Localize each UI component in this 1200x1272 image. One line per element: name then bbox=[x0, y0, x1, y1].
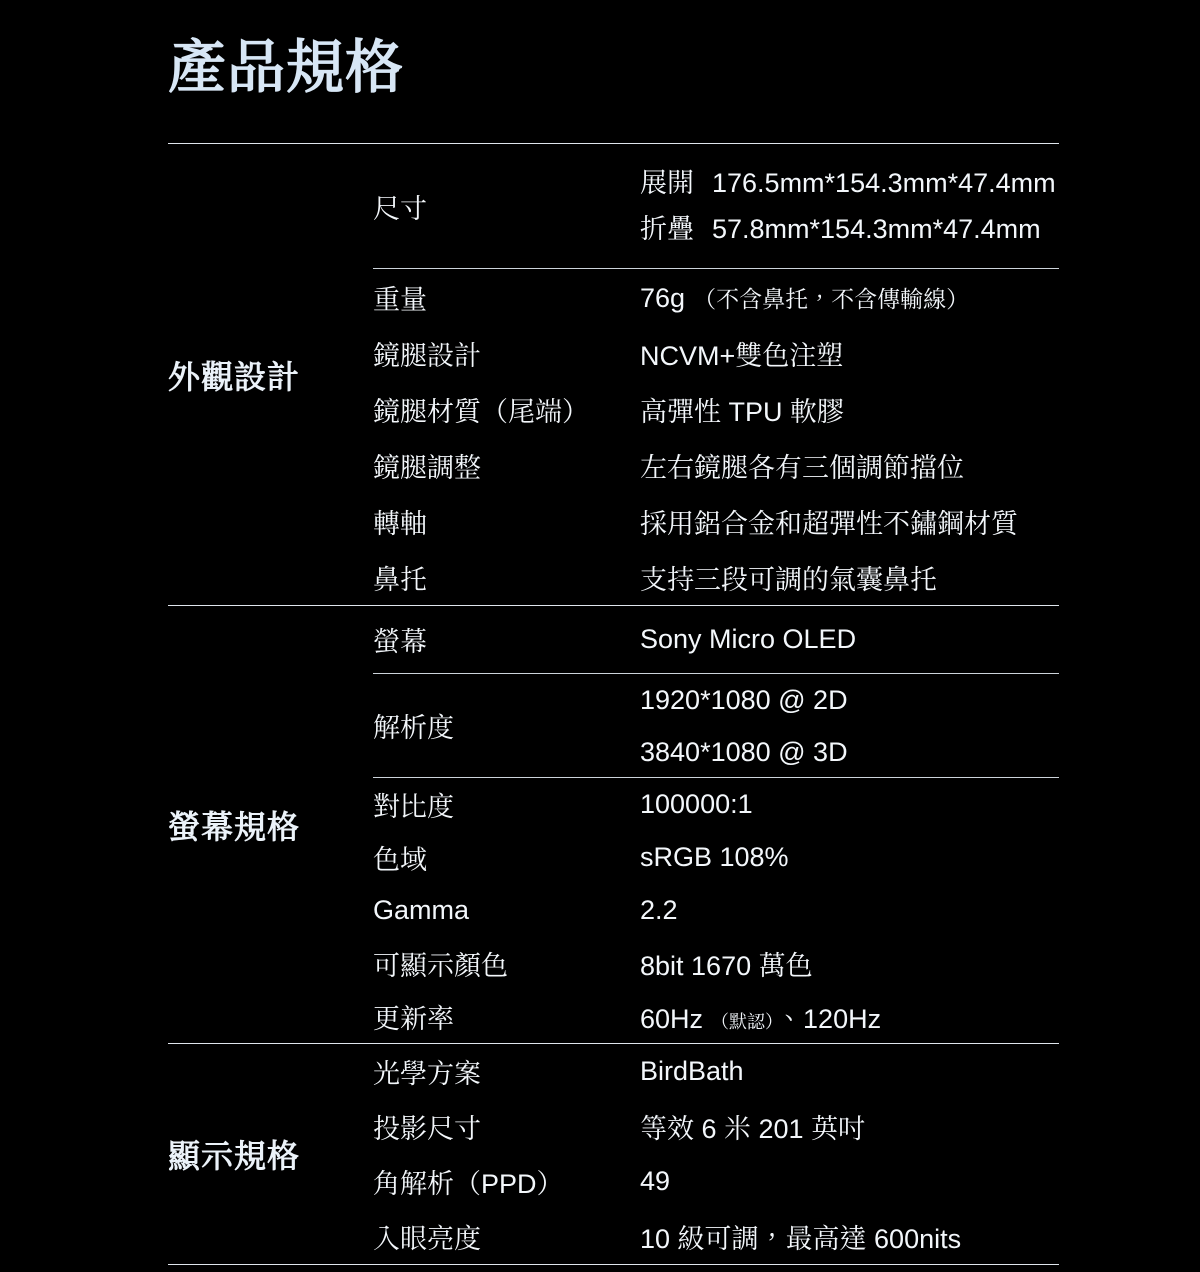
spec-row-temple-material: 鏡腿材質（尾端） 高彈性 TPU 軟膠 bbox=[373, 381, 1059, 437]
spec-value-text: 3840*1080 @ 3D bbox=[640, 726, 1059, 778]
spec-row-contrast: 對比度 100000:1 bbox=[373, 778, 1059, 831]
spec-label: 入眼亮度 bbox=[373, 1217, 640, 1256]
spec-row-optical-solution: 光學方案 BirdBath bbox=[373, 1044, 1059, 1099]
spec-row-nose-pad: 鼻托 支持三段可調的氣囊鼻托 bbox=[373, 549, 1059, 605]
spec-row-resolution: 解析度 1920*1080 @ 2D 3840*1080 @ 3D bbox=[373, 674, 1059, 777]
spec-label: 光學方案 bbox=[373, 1052, 640, 1091]
spec-label: 重量 bbox=[373, 278, 640, 317]
spec-row-gamma: Gamma 2.2 bbox=[373, 884, 1059, 937]
spec-value: sRGB 108% bbox=[640, 842, 1059, 873]
spec-value: BirdBath bbox=[640, 1056, 1059, 1087]
spec-value: 採用鋁合金和超彈性不鏽鋼材質 bbox=[640, 502, 1059, 541]
section-screen-specs: 螢幕規格 螢幕 Sony Micro OLED 解析度 1920*1080 @ … bbox=[168, 606, 1059, 1044]
group-screen-details: 對比度 100000:1 色域 sRGB 108% Gamma 2.2 可顯示顏… bbox=[373, 778, 1059, 1043]
section-label: 顯示規格 bbox=[168, 1044, 373, 1264]
spec-row-dimensions: 尺寸 展開176.5mm*154.3mm*47.4mm 折疊57.8mm*154… bbox=[373, 144, 1059, 268]
spec-value: 2.2 bbox=[640, 895, 1059, 926]
spec-value: 1920*1080 @ 2D 3840*1080 @ 3D bbox=[640, 674, 1059, 778]
group-display-details: 光學方案 BirdBath 投影尺寸 等效 6 米 201 英吋 角解析（PPD… bbox=[373, 1044, 1059, 1264]
spec-label: 尺寸 bbox=[373, 187, 640, 226]
spec-value: Sony Micro OLED bbox=[640, 624, 1059, 655]
spec-row-temple-design: 鏡腿設計 NCVM+雙色注塑 bbox=[373, 325, 1059, 381]
spec-label: 鏡腿設計 bbox=[373, 334, 640, 373]
spec-value: 展開176.5mm*154.3mm*47.4mm 折疊57.8mm*154.3m… bbox=[640, 160, 1059, 252]
spec-row-brightness: 入眼亮度 10 級可調，最高達 600nits bbox=[373, 1209, 1059, 1264]
spec-value: 等效 6 米 201 英吋 bbox=[640, 1107, 1059, 1146]
spec-value-text: 57.8mm*154.3mm*47.4mm bbox=[712, 214, 1041, 244]
spec-label: 轉軸 bbox=[373, 502, 640, 541]
spec-label: 更新率 bbox=[373, 997, 640, 1036]
spec-row-weight: 重量 76g（不含鼻托，不含傳輸線） bbox=[373, 269, 1059, 325]
spec-label: Gamma bbox=[373, 895, 640, 926]
spec-value: 49 bbox=[640, 1166, 1059, 1197]
spec-label: 鏡腿材質（尾端） bbox=[373, 390, 640, 429]
spec-value-key: 折疊 bbox=[640, 214, 694, 244]
spec-value: 10 級可調，最高達 600nits bbox=[640, 1217, 1059, 1256]
spec-value-note: （默認） bbox=[711, 1012, 774, 1032]
page-title: 產品規格 bbox=[168, 32, 1059, 104]
spec-label: 螢幕 bbox=[373, 620, 640, 659]
spec-label: 可顯示顏色 bbox=[373, 944, 640, 983]
spec-row-color-gamut: 色域 sRGB 108% bbox=[373, 831, 1059, 884]
group-screen: 螢幕 Sony Micro OLED bbox=[373, 606, 1059, 674]
spec-row-projection-size: 投影尺寸 等效 6 米 201 英吋 bbox=[373, 1099, 1059, 1154]
spec-label: 鏡腿調整 bbox=[373, 446, 640, 485]
group-resolution: 解析度 1920*1080 @ 2D 3840*1080 @ 3D bbox=[373, 674, 1059, 778]
spec-page: 產品規格 外觀設計 尺寸 展開176.5mm*154.3mm*47.4mm 折疊… bbox=[0, 0, 1200, 1272]
spec-value: 76g（不含鼻托，不含傳輸線） bbox=[640, 281, 1059, 314]
spec-value: 60Hz（默認）、120Hz bbox=[640, 997, 1059, 1036]
spec-label: 角解析（PPD） bbox=[373, 1162, 640, 1201]
spec-row-displayable-colors: 可顯示顏色 8bit 1670 萬色 bbox=[373, 937, 1059, 990]
spec-label: 色域 bbox=[373, 838, 640, 877]
group-exterior-details: 重量 76g（不含鼻托，不含傳輸線） 鏡腿設計 NCVM+雙色注塑 鏡腿材質（尾… bbox=[373, 269, 1059, 605]
section-exterior-design: 外觀設計 尺寸 展開176.5mm*154.3mm*47.4mm 折疊57.8m… bbox=[168, 144, 1059, 606]
spec-value: 左右鏡腿各有三個調節擋位 bbox=[640, 446, 1059, 485]
spec-label: 鼻托 bbox=[373, 558, 640, 597]
spec-value-note: （不含鼻托，不含傳輸線） bbox=[693, 286, 969, 312]
spec-value: 高彈性 TPU 軟膠 bbox=[640, 390, 1059, 429]
spec-value-text: 1920*1080 @ 2D bbox=[640, 674, 1059, 726]
spec-value: 支持三段可調的氣囊鼻托 bbox=[640, 558, 1059, 597]
spec-row-ppd: 角解析（PPD） 49 bbox=[373, 1154, 1059, 1209]
spec-label: 投影尺寸 bbox=[373, 1107, 640, 1146]
spec-row-temple-adjustment: 鏡腿調整 左右鏡腿各有三個調節擋位 bbox=[373, 437, 1059, 493]
spec-label: 解析度 bbox=[373, 706, 640, 745]
section-label: 螢幕規格 bbox=[168, 606, 373, 1043]
section-label: 外觀設計 bbox=[168, 144, 373, 605]
spec-value: NCVM+雙色注塑 bbox=[640, 334, 1059, 373]
spec-value-key: 展開 bbox=[640, 168, 694, 198]
spec-label: 對比度 bbox=[373, 785, 640, 824]
spec-row-hinge: 轉軸 採用鋁合金和超彈性不鏽鋼材質 bbox=[373, 493, 1059, 549]
spec-value-text: 176.5mm*154.3mm*47.4mm bbox=[712, 168, 1056, 198]
spec-row-refresh-rate: 更新率 60Hz（默認）、120Hz bbox=[373, 990, 1059, 1043]
spec-value: 8bit 1670 萬色 bbox=[640, 944, 1059, 983]
spec-row-screen: 螢幕 Sony Micro OLED bbox=[373, 606, 1059, 673]
group-dimensions: 尺寸 展開176.5mm*154.3mm*47.4mm 折疊57.8mm*154… bbox=[373, 144, 1059, 269]
section-display-specs: 顯示規格 光學方案 BirdBath 投影尺寸 等效 6 米 201 英吋 角解… bbox=[168, 1044, 1059, 1265]
spec-value: 100000:1 bbox=[640, 789, 1059, 820]
